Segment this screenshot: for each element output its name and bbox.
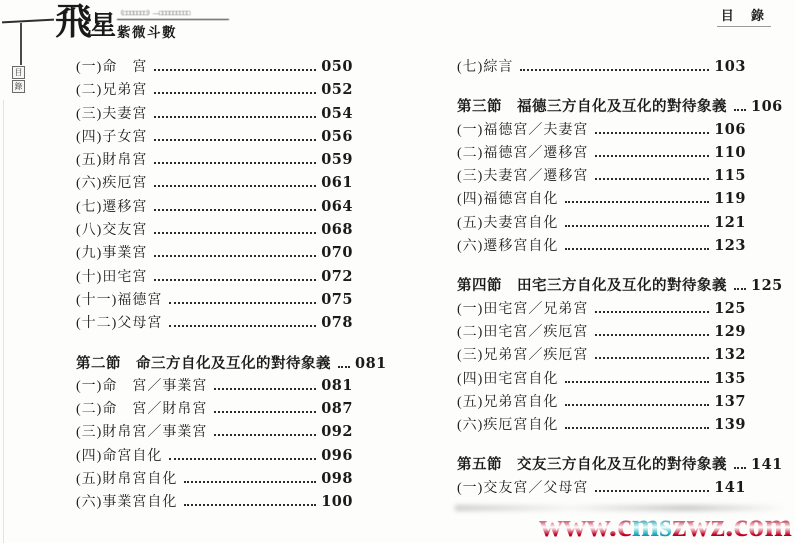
toc-entry-page-number: 070 bbox=[321, 244, 353, 261]
toc-item-row: (十)田宅宮072 bbox=[76, 266, 353, 289]
toc-entry-label: (六)事業宮自化 bbox=[76, 491, 177, 511]
toc-entry-page-number: 110 bbox=[714, 144, 746, 161]
toc-entry-page-number: 075 bbox=[321, 291, 353, 308]
dot-leader bbox=[595, 334, 709, 336]
toc-entry-page-number: 096 bbox=[321, 447, 353, 464]
toc-entry-label: (八)交友宮 bbox=[76, 219, 147, 239]
toc-entry-page-number: 068 bbox=[321, 221, 353, 238]
dot-leader bbox=[154, 139, 316, 141]
logo-annotation-illegible-text: （□□□□□□□）—□□□□□□□□□ bbox=[117, 10, 229, 20]
toc-item-row: (六)疾厄宮自化139 bbox=[457, 414, 746, 437]
toc-entry-label: (三)夫妻宮／遷移宮 bbox=[457, 165, 588, 185]
dot-leader bbox=[169, 302, 316, 304]
toc-item-row: (五)兄弟宮自化137 bbox=[457, 391, 746, 414]
dot-leader bbox=[154, 116, 316, 118]
toc-item-row: (七)遷移宮064 bbox=[76, 196, 353, 219]
toc-item-row: (二)福德宮／遷移宮110 bbox=[457, 142, 746, 165]
toc-entry-label: (一)交友宮／父母宮 bbox=[457, 477, 588, 497]
toc-section-row: 第二節 命三方自化及互化的對待象義081 bbox=[76, 352, 353, 375]
dot-leader bbox=[154, 255, 316, 257]
toc-item-row: (五)財帛宮059 bbox=[76, 149, 353, 172]
toc-entry-label: 第二節 命三方自化及互化的對待象義 bbox=[76, 352, 331, 373]
toc-item-row: (四)福德宮自化119 bbox=[457, 188, 746, 211]
side-stamp-char-1: 目 bbox=[12, 66, 25, 79]
toc-entry-page-number: 072 bbox=[321, 268, 353, 285]
toc-item-row: (二)田宅宮／疾厄宮129 bbox=[457, 321, 746, 344]
toc-section-row: 第五節 交友三方自化及互化的對待象義141 bbox=[457, 453, 746, 476]
dot-leader bbox=[734, 109, 746, 111]
dot-leader bbox=[565, 427, 709, 429]
dot-leader bbox=[184, 504, 316, 506]
dot-leader bbox=[595, 132, 709, 134]
toc-entry-label: (一)命 宮／事業宮 bbox=[76, 375, 207, 395]
toc-item-row: (一)命 宮050 bbox=[76, 56, 353, 79]
toc-entry-label: (二)福德宮／遷移宮 bbox=[457, 142, 588, 162]
toc-entry-page-number: 137 bbox=[714, 393, 746, 410]
toc-item-row: (一)田宅宮／兄弟宮125 bbox=[457, 298, 746, 321]
toc-item-row: (一)命 宮／事業宮081 bbox=[76, 375, 353, 398]
dot-leader bbox=[184, 481, 316, 483]
logo-bracket-line-vertical bbox=[20, 23, 22, 65]
toc-column-right: (七)綜言103第三節 福德三方自化及互化的對待象義106(一)福德宮／夫妻宮1… bbox=[457, 56, 746, 500]
toc-entry-label: (三)財帛宮／事業宮 bbox=[76, 421, 207, 441]
toc-entry-page-number: 125 bbox=[714, 300, 746, 317]
toc-entry-page-number: 106 bbox=[751, 98, 783, 115]
logo-title-sub: 紫微斗數 bbox=[117, 21, 229, 41]
dot-leader bbox=[734, 288, 746, 290]
toc-entry-label: (四)田宅宮自化 bbox=[457, 368, 558, 388]
toc-item-row: (四)子女宮056 bbox=[76, 126, 353, 149]
book-logo: 飛 星 （□□□□□□□）—□□□□□□□□□ 紫微斗數 bbox=[55, 4, 229, 41]
toc-item-row: (三)兄弟宮／疾厄宮132 bbox=[457, 344, 746, 367]
toc-column-left: (一)命 宮050(二)兄弟宮052(三)夫妻宮054(四)子女宮056(五)財… bbox=[76, 56, 353, 515]
toc-entry-label: (十)田宅宮 bbox=[76, 266, 147, 286]
toc-entry-page-number: 132 bbox=[714, 346, 746, 363]
toc-entry-page-number: 081 bbox=[321, 377, 353, 394]
toc-item-row: (七)綜言103 bbox=[457, 56, 746, 79]
toc-item-row: (二)命 宮／財帛宮087 bbox=[76, 398, 353, 421]
toc-entry-page-number: 115 bbox=[714, 167, 746, 184]
toc-entry-page-number: 100 bbox=[321, 493, 353, 510]
toc-entry-label: (一)田宅宮／兄弟宮 bbox=[457, 298, 588, 318]
dot-leader bbox=[595, 490, 709, 492]
toc-item-row: (四)田宅宮自化135 bbox=[457, 368, 746, 391]
toc-entry-page-number: 141 bbox=[714, 479, 746, 496]
toc-entry-page-number: 064 bbox=[321, 198, 353, 215]
toc-entry-label: (二)命 宮／財帛宮 bbox=[76, 398, 207, 418]
toc-entry-page-number: 050 bbox=[321, 58, 353, 75]
toc-entry-page-number: 081 bbox=[355, 355, 387, 372]
toc-entry-label: 第三節 福德三方自化及互化的對待象義 bbox=[457, 95, 727, 116]
toc-entry-page-number: 061 bbox=[321, 174, 353, 191]
watermark-url: www.cmszwz.com bbox=[539, 508, 792, 543]
toc-item-row: (六)遷移宮自化123 bbox=[457, 235, 746, 258]
toc-entry-label: (七)綜言 bbox=[457, 56, 513, 76]
toc-item-row: (一)交友宮／父母宮141 bbox=[457, 477, 746, 500]
dot-leader bbox=[734, 467, 746, 469]
toc-entry-page-number: 056 bbox=[321, 128, 353, 145]
dot-leader bbox=[214, 388, 316, 390]
running-head-toc-title: 目 錄 bbox=[717, 5, 771, 27]
toc-entry-page-number: 054 bbox=[321, 105, 353, 122]
dot-leader bbox=[154, 92, 316, 94]
toc-entry-label: 第五節 交友三方自化及互化的對待象義 bbox=[457, 453, 727, 474]
toc-entry-label: (六)疾厄宮 bbox=[76, 172, 147, 192]
dot-leader bbox=[565, 248, 709, 250]
dot-leader bbox=[565, 404, 709, 406]
toc-item-row: (三)夫妻宮／遷移宮115 bbox=[457, 165, 746, 188]
toc-entry-label: (五)夫妻宮自化 bbox=[457, 212, 558, 232]
toc-entry-label: (七)遷移宮 bbox=[76, 196, 147, 216]
toc-entry-label: (三)兄弟宮／疾厄宮 bbox=[457, 344, 588, 364]
toc-entry-page-number: 103 bbox=[714, 58, 746, 75]
dot-leader bbox=[520, 69, 709, 71]
toc-item-row: (九)事業宮070 bbox=[76, 242, 353, 265]
toc-entry-label: (二)兄弟宮 bbox=[76, 79, 147, 99]
toc-item-row: (三)夫妻宮054 bbox=[76, 103, 353, 126]
dot-leader bbox=[154, 232, 316, 234]
toc-entry-label: (三)夫妻宮 bbox=[76, 103, 147, 123]
toc-entry-label: (五)財帛宮自化 bbox=[76, 468, 177, 488]
toc-item-row: (二)兄弟宮052 bbox=[76, 79, 353, 102]
toc-item-row: (五)財帛宮自化098 bbox=[76, 468, 353, 491]
dot-leader bbox=[214, 411, 316, 413]
watermark-segment-3: zwz.com bbox=[672, 508, 792, 543]
toc-entry-page-number: 092 bbox=[321, 423, 353, 440]
toc-entry-label: (九)事業宮 bbox=[76, 242, 147, 262]
toc-item-row: (十二)父母宮078 bbox=[76, 312, 353, 335]
dot-leader bbox=[565, 201, 709, 203]
toc-entry-page-number: 139 bbox=[714, 416, 746, 433]
toc-entry-label: (四)命宮自化 bbox=[76, 445, 162, 465]
toc-entry-page-number: 135 bbox=[714, 370, 746, 387]
toc-item-row: (五)夫妻宮自化121 bbox=[457, 212, 746, 235]
logo-bracket-line-horizontal bbox=[2, 19, 54, 24]
toc-entry-label: (六)遷移宮自化 bbox=[457, 235, 558, 255]
dot-leader bbox=[169, 325, 316, 327]
toc-entry-label: (四)子女宮 bbox=[76, 126, 147, 146]
toc-entry-page-number: 078 bbox=[321, 314, 353, 331]
toc-entry-label: (一)福德宮／夫妻宮 bbox=[457, 119, 588, 139]
toc-item-row: (八)交友宮068 bbox=[76, 219, 353, 242]
dot-leader bbox=[214, 434, 316, 436]
page-edge-shadow bbox=[3, 100, 4, 543]
toc-entry-page-number: 087 bbox=[321, 400, 353, 417]
toc-entry-page-number: 123 bbox=[714, 237, 746, 254]
dot-leader bbox=[595, 311, 709, 313]
toc-entry-label: (五)財帛宮 bbox=[76, 149, 147, 169]
dot-leader bbox=[565, 225, 709, 227]
toc-entry-label: (二)田宅宮／疾厄宮 bbox=[457, 321, 588, 341]
toc-item-row: (四)命宮自化096 bbox=[76, 445, 353, 468]
toc-item-row: (六)事業宮自化100 bbox=[76, 491, 353, 514]
dot-leader bbox=[565, 381, 709, 383]
logo-title-mid: 星 bbox=[90, 13, 115, 39]
toc-entry-page-number: 129 bbox=[714, 323, 746, 340]
dot-leader bbox=[595, 178, 709, 180]
toc-entry-label: (四)福德宮自化 bbox=[457, 188, 558, 208]
dot-leader bbox=[154, 209, 316, 211]
watermark-segment-1: www.c bbox=[539, 508, 632, 543]
toc-entry-page-number: 052 bbox=[321, 81, 353, 98]
side-stamp-char-2: 錄 bbox=[12, 80, 25, 93]
toc-item-row: (三)財帛宮／事業宮092 bbox=[76, 421, 353, 444]
side-stamp: 目 錄 bbox=[12, 66, 25, 93]
toc-entry-label: (六)疾厄宮自化 bbox=[457, 414, 558, 434]
toc-section-row: 第四節 田宅三方自化及互化的對待象義125 bbox=[457, 274, 746, 297]
toc-entry-page-number: 106 bbox=[714, 121, 746, 138]
toc-entry-page-number: 141 bbox=[751, 456, 783, 473]
dot-leader bbox=[169, 458, 316, 460]
toc-entry-page-number: 098 bbox=[321, 470, 353, 487]
toc-item-row: (六)疾厄宮061 bbox=[76, 172, 353, 195]
toc-entry-page-number: 125 bbox=[751, 277, 783, 294]
toc-entry-page-number: 121 bbox=[714, 214, 746, 231]
toc-item-row: (十一)福德宮075 bbox=[76, 289, 353, 312]
toc-entry-page-number: 059 bbox=[321, 151, 353, 168]
logo-title-main: 飛 bbox=[55, 4, 90, 41]
dot-leader bbox=[595, 357, 709, 359]
dot-leader bbox=[154, 69, 316, 71]
toc-entry-label: (十一)福德宮 bbox=[76, 289, 162, 309]
dot-leader bbox=[338, 366, 350, 368]
toc-entry-page-number: 119 bbox=[714, 190, 746, 207]
toc-entry-label: 第四節 田宅三方自化及互化的對待象義 bbox=[457, 274, 727, 295]
toc-entry-label: (一)命 宮 bbox=[76, 56, 147, 76]
toc-item-row: (一)福德宮／夫妻宮106 bbox=[457, 119, 746, 142]
dot-leader bbox=[154, 185, 316, 187]
toc-entry-label: (五)兄弟宮自化 bbox=[457, 391, 558, 411]
logo-subtitle-stack: （□□□□□□□）—□□□□□□□□□ 紫微斗數 bbox=[117, 10, 229, 41]
watermark-segment-2: ms bbox=[632, 508, 672, 543]
toc-section-row: 第三節 福德三方自化及互化的對待象義106 bbox=[457, 95, 746, 118]
dot-leader bbox=[154, 279, 316, 281]
toc-entry-label: (十二)父母宮 bbox=[76, 312, 162, 332]
dot-leader bbox=[595, 155, 709, 157]
dot-leader bbox=[154, 162, 316, 164]
